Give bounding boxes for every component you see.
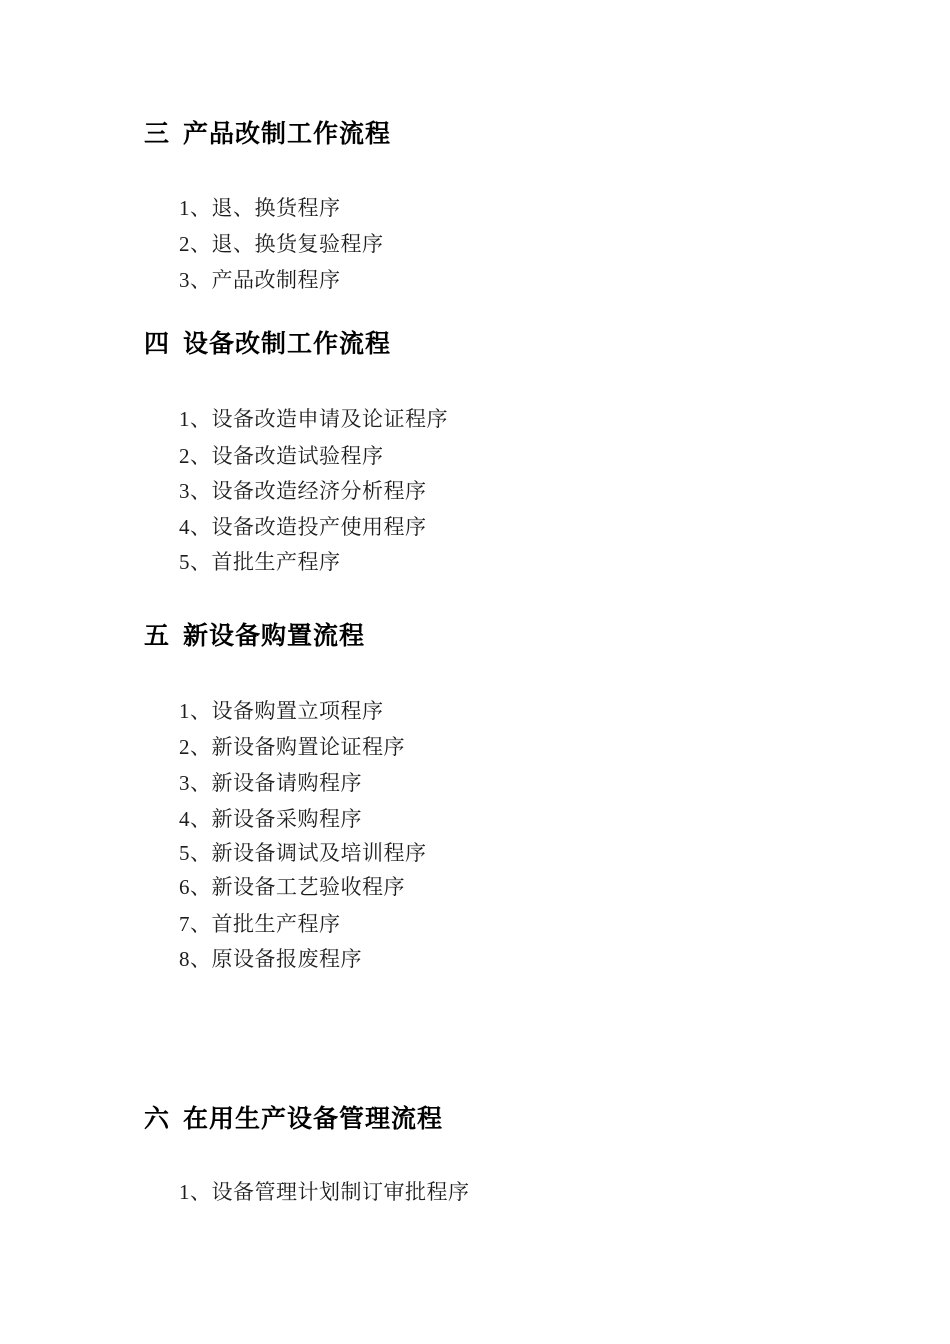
- section-numeral: 四: [144, 330, 170, 359]
- section-heading: 三产品改制工作流程: [144, 120, 391, 149]
- list-item: 1、设备管理计划制订审批程序: [179, 1181, 470, 1204]
- section-title: 新设备购置流程: [183, 622, 365, 650]
- list-item: 3、产品改制程序: [179, 269, 341, 292]
- section-title: 设备改制工作流程: [183, 330, 391, 358]
- list-item: 1、设备购置立项程序: [179, 700, 384, 723]
- list-item: 5、首批生产程序: [179, 551, 341, 574]
- section-heading: 四设备改制工作流程: [144, 330, 391, 359]
- section-title: 在用生产设备管理流程: [183, 1105, 443, 1133]
- list-item: 1、设备改造申请及论证程序: [179, 408, 448, 431]
- section-heading: 五新设备购置流程: [144, 622, 365, 651]
- list-item: 2、新设备购置论证程序: [179, 736, 405, 759]
- document-page: 三产品改制工作流程 1、退、换货程序 2、退、换货复验程序 3、产品改制程序 四…: [0, 0, 950, 1344]
- section-numeral: 五: [144, 622, 170, 651]
- section-heading: 六在用生产设备管理流程: [144, 1105, 443, 1134]
- list-item: 6、新设备工艺验收程序: [179, 876, 405, 899]
- list-item: 3、设备改造经济分析程序: [179, 480, 427, 503]
- list-item: 4、设备改造投产使用程序: [179, 516, 427, 539]
- list-item: 5、新设备调试及培训程序: [179, 842, 427, 865]
- list-item: 2、退、换货复验程序: [179, 233, 384, 256]
- list-item: 1、退、换货程序: [179, 197, 341, 220]
- list-item: 7、首批生产程序: [179, 913, 341, 936]
- section-numeral: 三: [144, 120, 170, 149]
- section-numeral: 六: [144, 1105, 170, 1134]
- list-item: 3、新设备请购程序: [179, 772, 362, 795]
- list-item: 2、设备改造试验程序: [179, 445, 384, 468]
- list-item: 8、原设备报废程序: [179, 948, 362, 971]
- list-item: 4、新设备采购程序: [179, 808, 362, 831]
- section-title: 产品改制工作流程: [183, 120, 391, 148]
